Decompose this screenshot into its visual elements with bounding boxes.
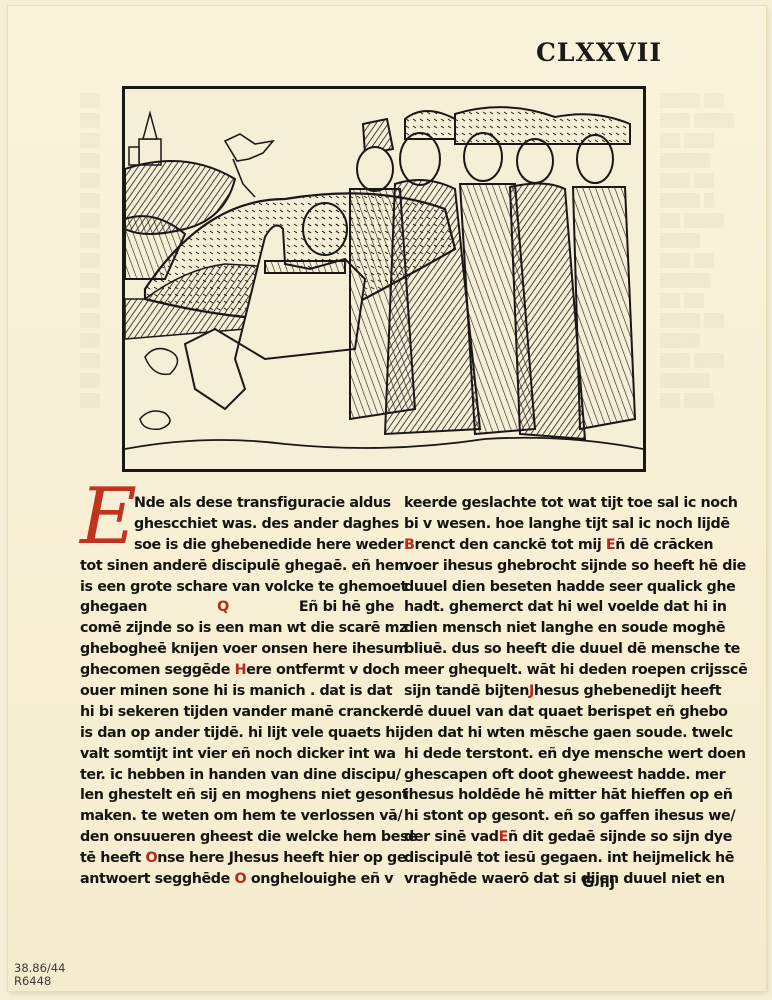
text-line: hi bi sekeren tijden vander manē crancke… xyxy=(80,702,380,723)
text-line: ter. ic hebben in handen van dine discip… xyxy=(80,765,380,786)
text-line: duuel dien beseten hadde seer qualick gh… xyxy=(404,577,700,598)
text-column-left: Nde als dese transfiguracie aldus ghescc… xyxy=(80,493,380,890)
text-line: meer ghequelt. wāt hi deden roepen crijs… xyxy=(404,660,700,681)
text-line: tē heeft Onse here Jhesus heeft hier op … xyxy=(80,848,380,869)
woodcut-illustration xyxy=(122,86,646,472)
text-line: vraghēde waerō dat si dijen duuel niet e… xyxy=(404,869,700,890)
text-line: sijn tandē bijtenJhesus ghebenedijt heef… xyxy=(404,681,700,702)
text-line: Brenct den canckē tot mij Eñ dē crācken xyxy=(404,535,700,556)
text-line: hi dede terstont. eñ dye mensche wert do… xyxy=(404,744,700,765)
show-through-text: ▒▒▒▒▒▒▒▒▒▒▒▒▒▒▒▒▒▒▒▒▒▒▒▒▒▒▒▒▒▒▒▒ xyxy=(80,92,120,412)
text-line: hi stont op gesont. eñ so gaffen ihesus … xyxy=(404,806,700,827)
text-line: keerde geslachte tot wat tijt toe sal ic… xyxy=(404,493,700,514)
text-line: antwoert segghēde O onghelouighe eñ v xyxy=(80,869,380,890)
text-line: is een grote schare van volcke te ghemoe… xyxy=(80,577,380,598)
folio-number: CLXXVII xyxy=(536,38,662,67)
text-line: der sinē vadEñ dit gedaē sijnde so sijn … xyxy=(404,827,700,848)
text-line: maken. te weten om hem te verlossen vā/ xyxy=(80,806,380,827)
text-line: ghescchiet was. des ander daghes xyxy=(80,514,380,535)
rubric-initial: H xyxy=(235,662,247,678)
text-line: ghegaenQEñ bi hē ghe xyxy=(80,597,380,618)
text-line: dien mensch niet langhe en soude moghē xyxy=(404,618,700,639)
text-line: den dat hi wten mēsche gaen soude. twelc xyxy=(404,723,700,744)
accession-line: R6448 xyxy=(14,975,65,988)
text-line: discipulē tot iesū gegaen. int heijmelic… xyxy=(404,848,700,869)
text-line: len ghestelt eñ sij en moghens niet geso… xyxy=(80,785,380,806)
text-line: soe is die ghebenedide here weder xyxy=(80,535,380,556)
rubric-initial: E xyxy=(499,829,508,845)
text-line: ghescapen oft doot gheweest hadde. mer xyxy=(404,765,700,786)
text-line: voer ihesus ghebrocht sijnde so heeft hē… xyxy=(404,556,700,577)
text-line: tot sinen anderē discipulē ghegaē. eñ he… xyxy=(80,556,380,577)
text-line: is dan op ander tijdē. hi lijt vele quae… xyxy=(80,723,380,744)
rubric-initial: O xyxy=(235,871,247,887)
text-line: ghebogheē knijen voer onsen here ihesum xyxy=(80,639,380,660)
text-line: Nde als dese transfiguracie aldus xyxy=(80,493,380,514)
text-line: dē duuel van dat quaet berispet eñ ghebo xyxy=(404,702,700,723)
text-line: ouer minen sone hi is manich . dat is da… xyxy=(80,681,380,702)
rubric-initial: E xyxy=(606,537,615,553)
text-column-right: keerde geslachte tot wat tijt toe sal ic… xyxy=(404,493,700,890)
text-line: bliuē. dus so heeft die duuel dē mensche… xyxy=(404,639,700,660)
text-line: den onsuueren gheest die welcke hem bese xyxy=(80,827,380,848)
show-through-text: ▒▒▒▒ ▒▒▒▒▒ ▒▒▒▒▒▒ ▒▒▒▒▒▒▒▒▒▒▒ ▒▒▒▒▒▒ ▒▒▒… xyxy=(660,92,760,412)
text-line: valt somtijt int vier eñ noch dicker int… xyxy=(80,744,380,765)
rubric-initial: Q xyxy=(217,599,229,615)
text-line: ghecomen seggēde Here ontfermt v doch xyxy=(80,660,380,681)
woodcut-image xyxy=(125,89,643,469)
text-line: ihesus holdēde hē mitter hāt hieffen op … xyxy=(404,785,700,806)
text-line: comē zijnde so is een man wt die scarē m… xyxy=(80,618,380,639)
text-line: bi v wesen. hoe langhe tijt sal ic noch … xyxy=(404,514,700,535)
accession-number: 38.86/44 R6448 xyxy=(14,962,65,988)
signature-mark: G iij xyxy=(582,873,615,891)
rubric-initial: B xyxy=(404,537,415,553)
rubric-initial: O xyxy=(146,850,158,866)
text-line: hadt. ghemerct dat hi wel voelde dat hi … xyxy=(404,597,700,618)
